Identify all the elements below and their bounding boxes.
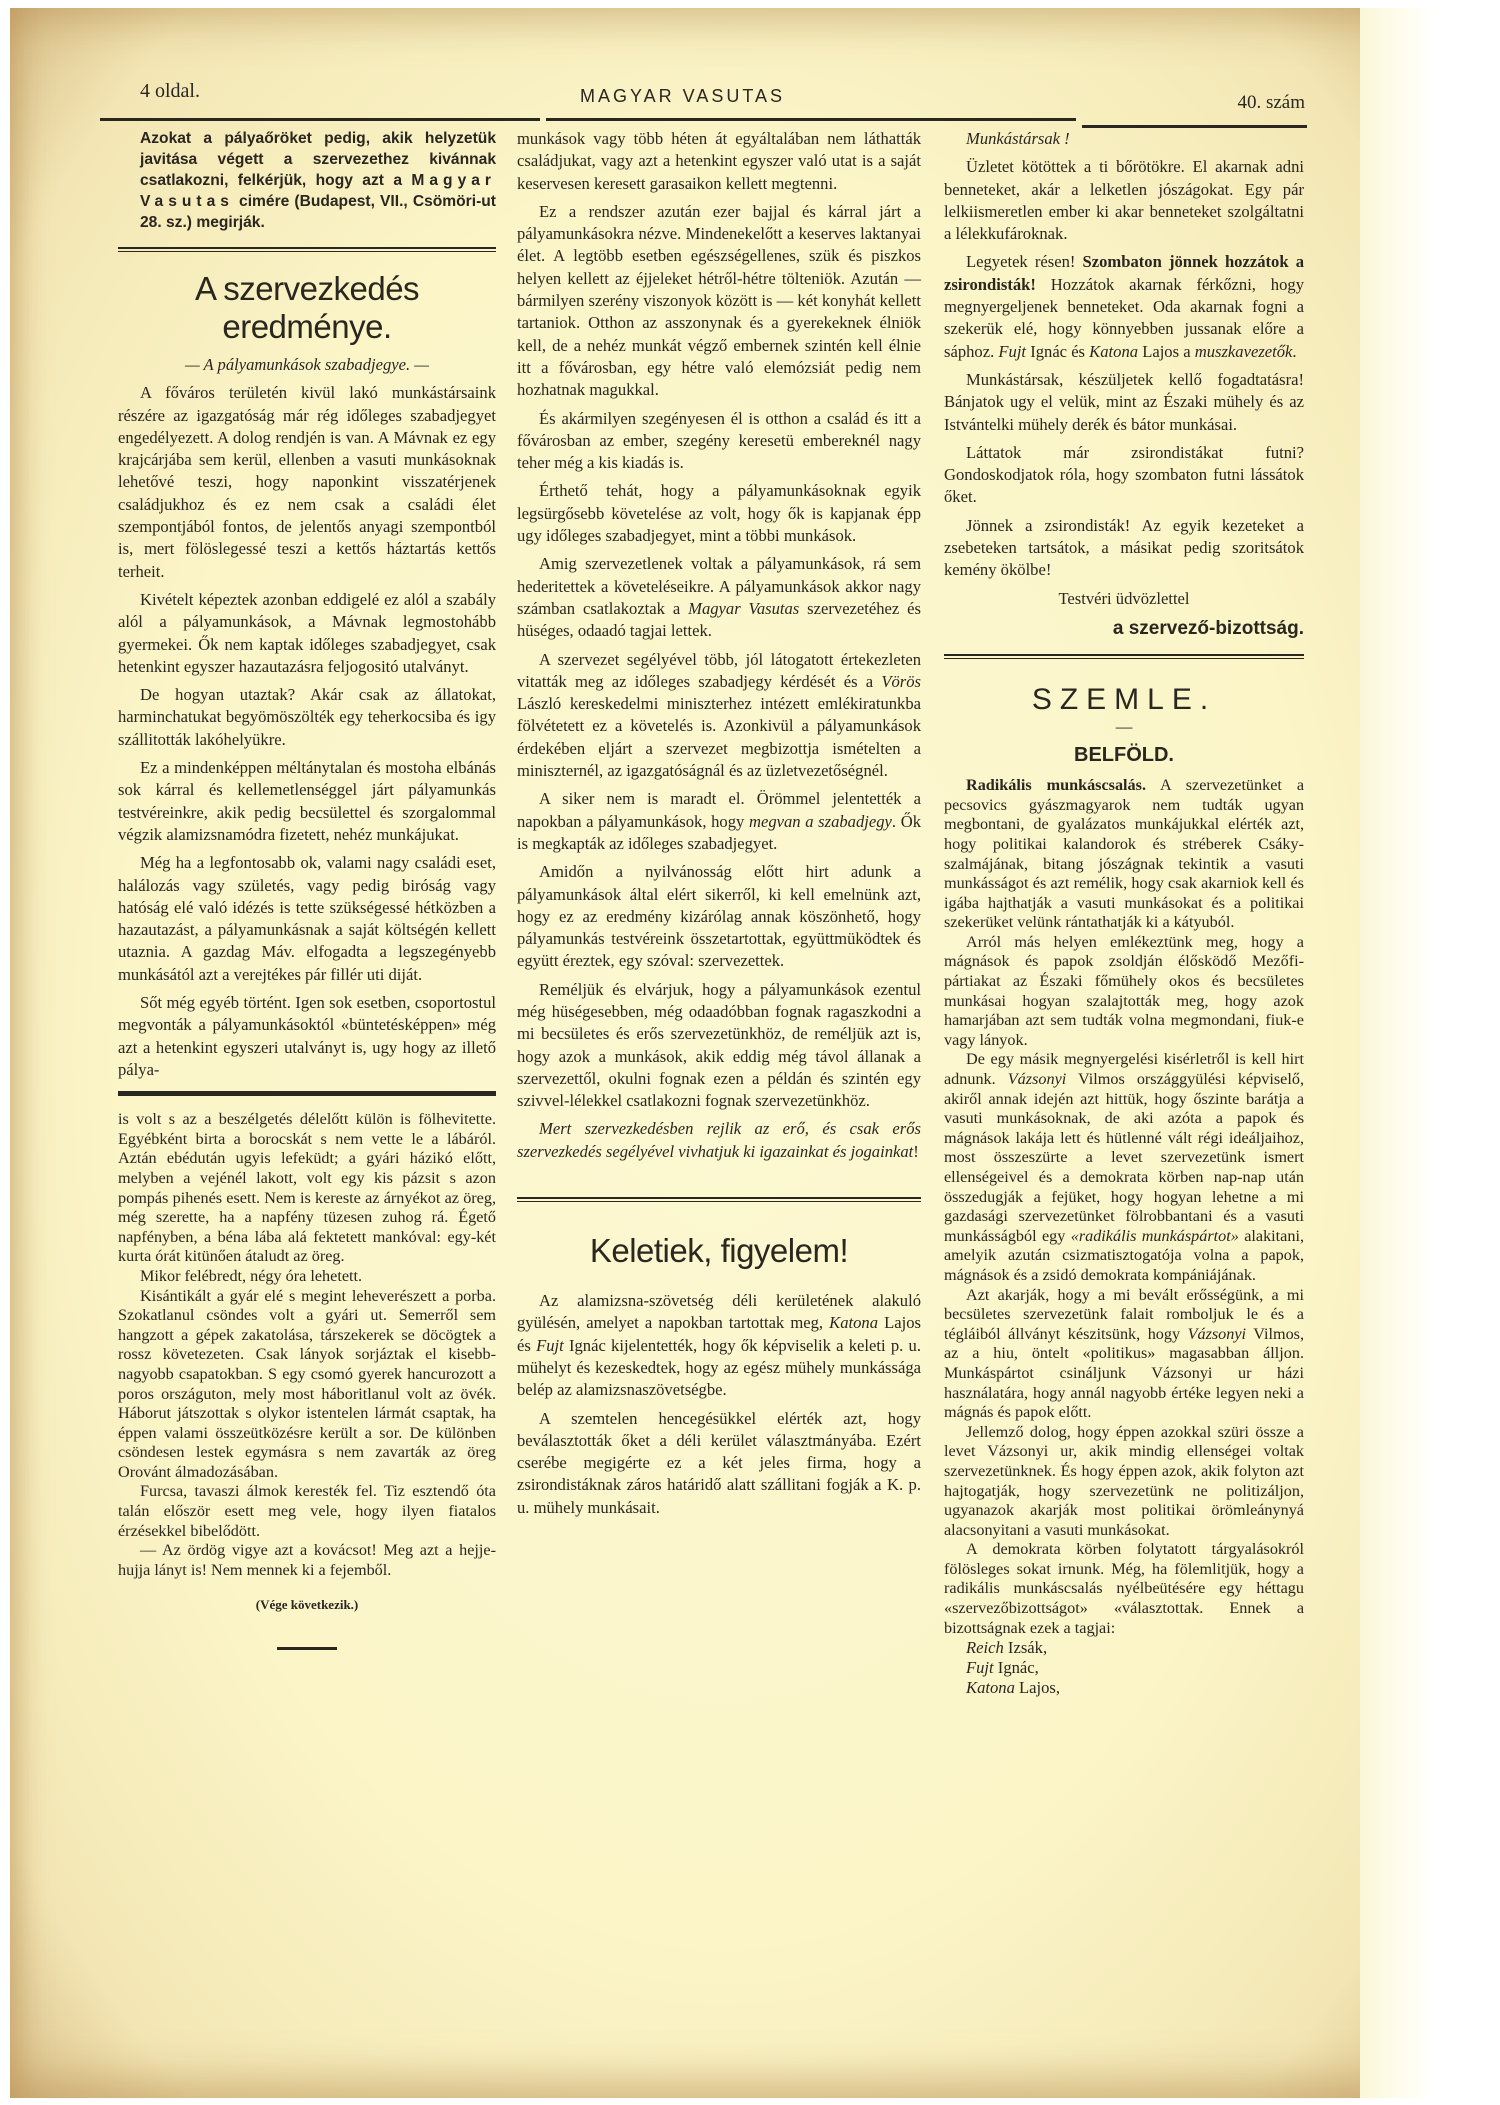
paragraph: Munkástársak, készüljetek kellő fogadtat… — [944, 369, 1304, 436]
divider — [517, 1197, 921, 1202]
paragraph: Még ha a legfontosabb ok, valami nagy cs… — [118, 852, 496, 986]
masthead-title: MAGYAR VASUTAS — [580, 86, 785, 107]
closing-paragraph: Mert szervezkedésben rejlik az erő, és c… — [517, 1118, 921, 1163]
paragraph: Az alamizsna-szövetség déli kerületének … — [517, 1290, 921, 1401]
member: Katona Lajos, — [966, 1678, 1304, 1698]
divider — [118, 1091, 496, 1096]
paragraph: Radikális munkáscsalás. A szervezetünket… — [944, 776, 1304, 933]
page-header: 4 oldal. MAGYAR VASUTAS 40. szám — [140, 80, 1305, 120]
issue-number: 40. szám — [1237, 92, 1305, 114]
paragraph: A szervezet segélyével több, jól látogat… — [517, 649, 921, 783]
signature-name: a szervező-bizottság. — [944, 618, 1304, 640]
paragraph: munkások vagy több héten át egyáltalában… — [517, 128, 921, 195]
paragraph: A demokrata körben folytatott tárgyaláso… — [944, 1540, 1304, 1638]
paragraph: is volt s az a beszélgetés délelőtt külö… — [118, 1110, 496, 1267]
paragraph: Láttatok már zsirondistákat futni? Gondo… — [944, 442, 1304, 509]
paragraph: Legyetek résen! Szombaton jönnek hozzáto… — [944, 251, 1304, 362]
paragraph: Furcsa, tavaszi álmok keresték fel. Tiz … — [118, 1482, 496, 1541]
review-article: Radikális munkáscsalás. A szervezetünket… — [944, 776, 1304, 1698]
paragraph: — Az ördög vigye azt a kovácsot! Meg azt… — [118, 1541, 496, 1580]
article-title: Keletiek, figyelem! — [517, 1232, 921, 1270]
paragraph: Amig szervezetlenek voltak a pályamunkás… — [517, 553, 921, 642]
serial-story: is volt s az a beszélgetés délelőtt külö… — [118, 1110, 496, 1580]
paragraph: Arról más helyen emlékeztünk meg, hogy a… — [944, 933, 1304, 1051]
paragraph: Azt akarják, hogy a mi bevált erősségünk… — [944, 1286, 1304, 1423]
member: Fujt Ignác, — [966, 1658, 1304, 1678]
member: Reich Izsák, — [966, 1638, 1304, 1658]
paragraph: És akármilyen szegényesen él is otthon a… — [517, 408, 921, 475]
paragraph: A főváros területén kivül lakó munkástár… — [118, 382, 496, 583]
paragraph: A siker nem is maradt el. Örömmel jelent… — [517, 788, 921, 855]
greeting: Munkástársak ! — [944, 128, 1304, 150]
paragraph: De hogyan utaztak? Akár csak az állatoka… — [118, 684, 496, 751]
header-rule-center — [546, 118, 1076, 121]
paragraph: Kisántikált a gyár elé s megint leheveré… — [118, 1287, 496, 1483]
paragraph: Üzletet kötöttek a ti bőrötökre. El akar… — [944, 156, 1304, 245]
page-number: 4 oldal. — [140, 80, 200, 103]
paragraph: A szemtelen hencegésükkel elérték azt, h… — [517, 1408, 921, 1519]
notice-paragraph: Azokat a pályaőröket pedig, akik helyzet… — [140, 128, 496, 233]
end-rule — [277, 1647, 337, 1650]
paragraph: De egy másik megnyergelési kisérletről i… — [944, 1050, 1304, 1285]
paragraph: Sőt még egyéb történt. Igen sok esetben,… — [118, 992, 496, 1081]
committee-members: Reich Izsák, Fujt Ignác, Katona Lajos, — [966, 1638, 1304, 1698]
signature-greeting: Testvéri üdvözlettel — [944, 588, 1304, 610]
continued-note: (Vége következik.) — [118, 1594, 496, 1616]
paragraph: Jönnek a zsirondisták! Az egyik kezeteke… — [944, 515, 1304, 582]
paragraph: Ez a mindenképpen méltánytalan és mostoh… — [118, 757, 496, 846]
article-subtitle: — A pályamunkások szabadjegye. — — [118, 354, 496, 376]
header-rule-left — [100, 118, 540, 121]
paragraph: Reméljük és elvárjuk, hogy a pályamunkás… — [517, 979, 921, 1113]
divider — [118, 247, 496, 252]
paragraph: Ez a rendszer azután ezer bajjal és kárr… — [517, 201, 921, 402]
paragraph: Kivételt képeztek azonban eddigelé ez al… — [118, 589, 496, 678]
paragraph: Amidőn a nyilvánosság előtt hirt adunk a… — [517, 861, 921, 972]
section-dash: — — [944, 716, 1304, 738]
scan-edge — [1360, 8, 1435, 2098]
paragraph: Mikor felébredt, négy óra lehetett. — [118, 1267, 496, 1287]
article-title: A szervezkedés eredménye. — [118, 270, 496, 346]
paragraph: Érthető tehát, hogy a pályamunkásoknak e… — [517, 480, 921, 547]
column-left: Azokat a pályaőröket pedig, akik helyzet… — [118, 128, 496, 1680]
section-title: SZEMLE. — [944, 689, 1304, 711]
subsection-title: BELFÖLD. — [944, 744, 1304, 766]
paragraph: Jellemző dolog, hogy éppen azokkal szüri… — [944, 1423, 1304, 1541]
column-middle: munkások vagy több héten át egyáltalában… — [517, 128, 921, 1525]
column-right: Munkástársak ! Üzletet kötöttek a ti bőr… — [944, 128, 1304, 1698]
divider — [944, 654, 1304, 659]
